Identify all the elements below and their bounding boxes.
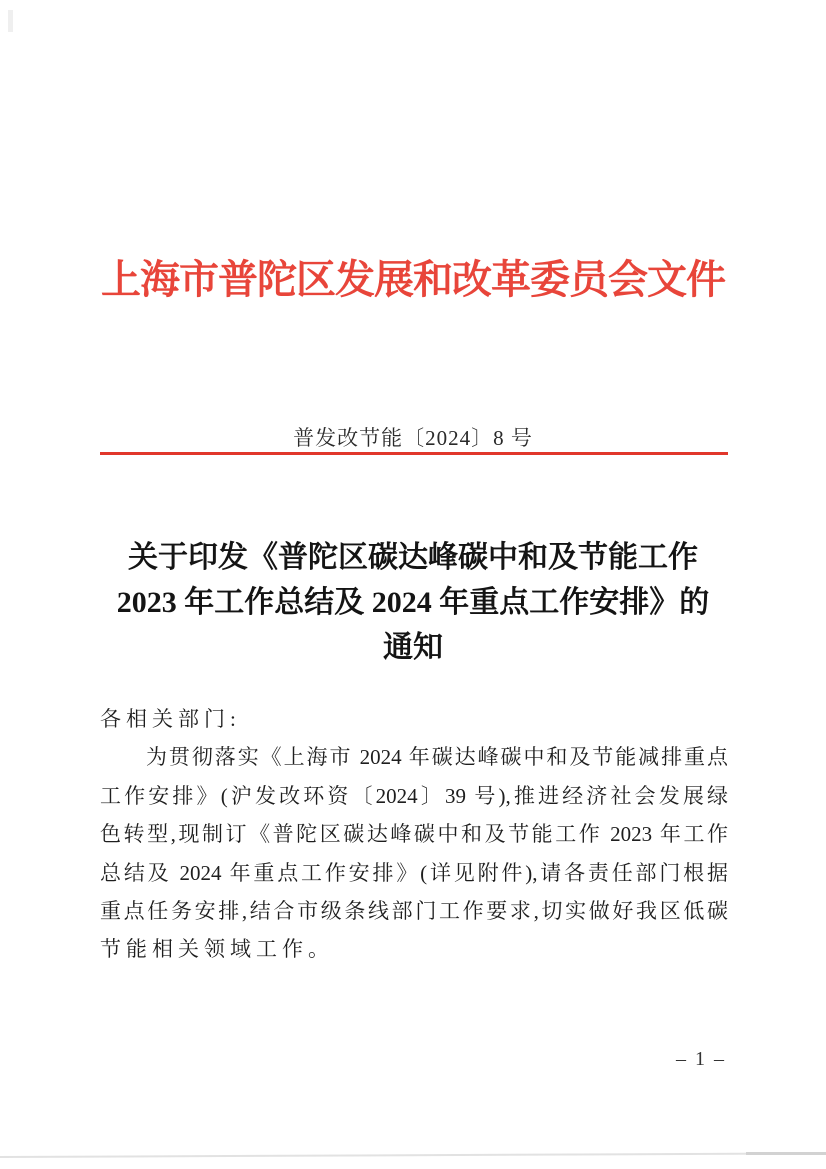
document-title-line1: 关于印发《普陀区碳达峰碳中和及节能工作 bbox=[0, 535, 826, 580]
body-line-2: 工作安排》(沪发改环资〔2024〕39 号),推进经济社会发展绿 bbox=[100, 777, 728, 815]
document-title-line3: 通知 bbox=[0, 625, 826, 670]
scan-bottom-edge bbox=[0, 1152, 826, 1158]
scan-bottom-edge-shadow bbox=[746, 1152, 826, 1155]
scan-artifact bbox=[8, 10, 13, 32]
document-title-line2: 2023 年工作总结及 2024 年重点工作安排》的 bbox=[0, 580, 826, 625]
body-line-5: 重点任务安排,结合市级条线部门工作要求,切实做好我区低碳 bbox=[100, 892, 728, 930]
salutation: 各相关部门: bbox=[100, 700, 728, 738]
body-line-6: 节能相关领域工作。 bbox=[100, 930, 728, 968]
agency-header-title: 上海市普陀区发展和改革委员会文件 bbox=[0, 254, 826, 306]
document-page: 上海市普陀区发展和改革委员会文件 普发改节能〔2024〕8 号 关于印发《普陀区… bbox=[0, 0, 826, 1169]
document-title: 关于印发《普陀区碳达峰碳中和及节能工作 2023 年工作总结及 2024 年重点… bbox=[0, 535, 826, 670]
document-body: 各相关部门: 为贯彻落实《上海市 2024 年碳达峰碳中和及节能减排重点 工作安… bbox=[100, 700, 728, 969]
document-number: 普发改节能〔2024〕8 号 bbox=[0, 424, 826, 452]
body-line-1: 为贯彻落实《上海市 2024 年碳达峰碳中和及节能减排重点 bbox=[100, 738, 728, 776]
body-line-3: 色转型,现制订《普陀区碳达峰碳中和及节能工作 2023 年工作 bbox=[100, 815, 728, 853]
page-number: – 1 – bbox=[676, 1048, 726, 1071]
body-line-4: 总结及 2024 年重点工作安排》(详见附件),请各责任部门根据 bbox=[100, 854, 728, 892]
red-divider-line bbox=[100, 452, 728, 455]
